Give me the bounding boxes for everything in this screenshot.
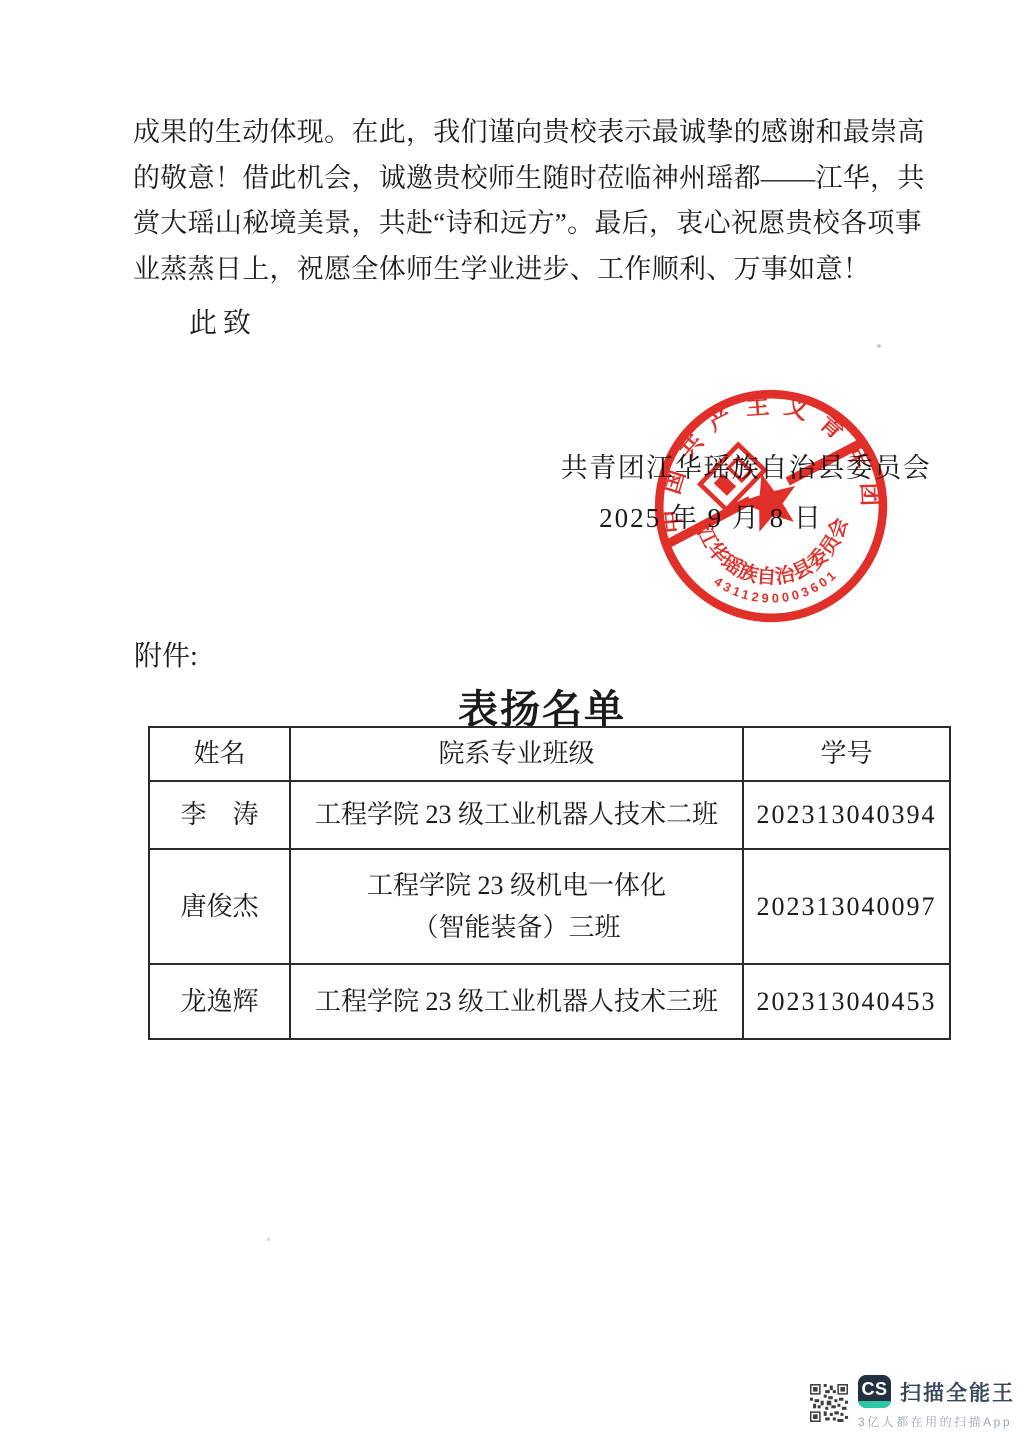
camscanner-logo-icon: CS [858,1375,891,1408]
camscanner-logo-stripe [858,1401,891,1408]
letter-body-line: 赏大瑶山秘境美景，共赴“诗和远方”。最后，衷心祝愿贵校各项事 [133,201,933,247]
letter-closing: 此致 [189,301,257,341]
dept-line: 工程学院 23 级工业机器人技术三班 [315,981,718,1023]
camscanner-logo-text: CS [861,1379,887,1400]
table-row-name: 唐俊杰 [150,848,289,963]
table-row-student-id: 202313040097 [742,848,949,963]
table-header-dept: 院系专业班级 [289,728,742,780]
table-header-name: 姓名 [150,728,289,780]
table-header-id: 学号 [742,728,949,780]
scanned-letter-page: 成果的生动体现。在此，我们谨向贵校表示最诚挚的感谢和最崇高 的敬意！借此机会，诚… [0,0,1024,1448]
letter-body-line: 成果的生动体现。在此，我们谨向贵校表示最诚挚的感谢和最崇高 [133,110,933,156]
official-seal: 中国共产主义青年团 江华瑶族自治县委员会 4311290003601 [641,375,901,635]
table-row-dept: 工程学院 23 级机电一体化 （智能装备）三班 [289,848,742,963]
dept-line: 工程学院 23 级工业机器人技术二班 [315,794,718,836]
camscanner-tagline: 3亿人都在用的扫描App [858,1413,1015,1430]
scan-speck [267,1238,270,1241]
commendation-table: 姓名 院系专业班级 学号 李 涛 工程学院 23 级工业机器人技术二班 2023… [148,726,951,1040]
dept-line: （智能装备）三班 [412,907,620,949]
table-row-student-id: 202313040394 [742,780,949,848]
table-row-student-id: 202313040453 [742,963,949,1038]
table-row-name: 李 涛 [150,780,289,848]
camscanner-watermark: CS 扫描全能王 3亿人都在用的扫描App [810,1375,1015,1435]
table-row-name: 龙逸辉 [150,963,289,1038]
table-row-dept: 工程学院 23 级工业机器人技术二班 [289,780,742,848]
attachment-label: 附件: [134,634,198,674]
table-row-dept: 工程学院 23 级工业机器人技术三班 [289,963,742,1038]
dept-line: 工程学院 23 级机电一体化 [367,865,666,907]
qr-code [810,1378,848,1428]
scan-speck [877,344,881,348]
letter-body: 成果的生动体现。在此，我们谨向贵校表示最诚挚的感谢和最崇高 的敬意！借此机会，诚… [133,110,933,292]
camscanner-app-name: 扫描全能王 [900,1377,1015,1407]
letter-body-line: 的敬意！借此机会，诚邀贵校师生随时莅临神州瑶都——江华，共 [133,156,933,202]
letter-body-line: 业蒸蒸日上，祝愿全体师生学业进步、工作顺利、万事如意！ [133,247,933,293]
